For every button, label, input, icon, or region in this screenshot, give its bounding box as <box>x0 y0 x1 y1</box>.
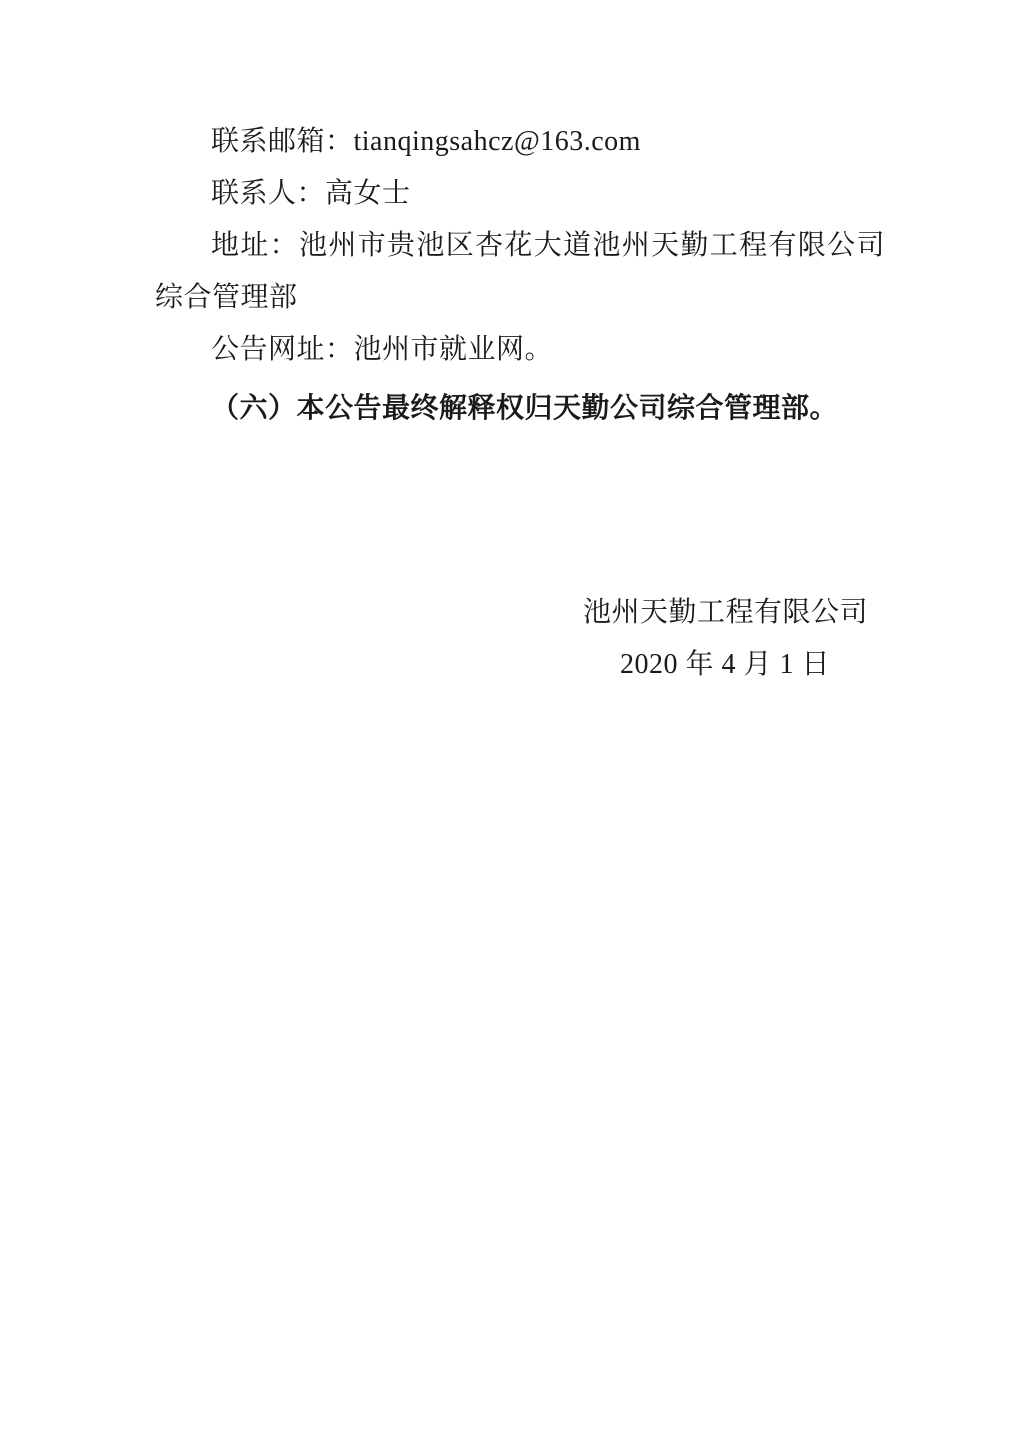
signature-block: 池州天勤工程有限公司 2020 年 4 月 1 日 <box>155 587 885 691</box>
signature-date: 2020 年 4 月 1 日 <box>155 639 885 691</box>
paragraph-final-interpretation: （六）本公告最终解释权归天勤公司综合管理部。 <box>155 383 885 435</box>
document-body: 联系邮箱：tianqingsahcz@163.com 联系人：高女士 地址：池州… <box>155 116 885 691</box>
paragraph-announcement-website: 公告网址：池州市就业网。 <box>155 324 885 376</box>
paragraph-contact-email: 联系邮箱：tianqingsahcz@163.com <box>155 116 885 168</box>
paragraph-contact-person: 联系人：高女士 <box>155 168 885 220</box>
document-page: 联系邮箱：tianqingsahcz@163.com 联系人：高女士 地址：池州… <box>0 0 1024 1448</box>
signature-company-name: 池州天勤工程有限公司 <box>155 587 885 639</box>
paragraph-address: 地址：池州市贵池区杏花大道池州天勤工程有限公司综合管理部 <box>155 220 885 324</box>
